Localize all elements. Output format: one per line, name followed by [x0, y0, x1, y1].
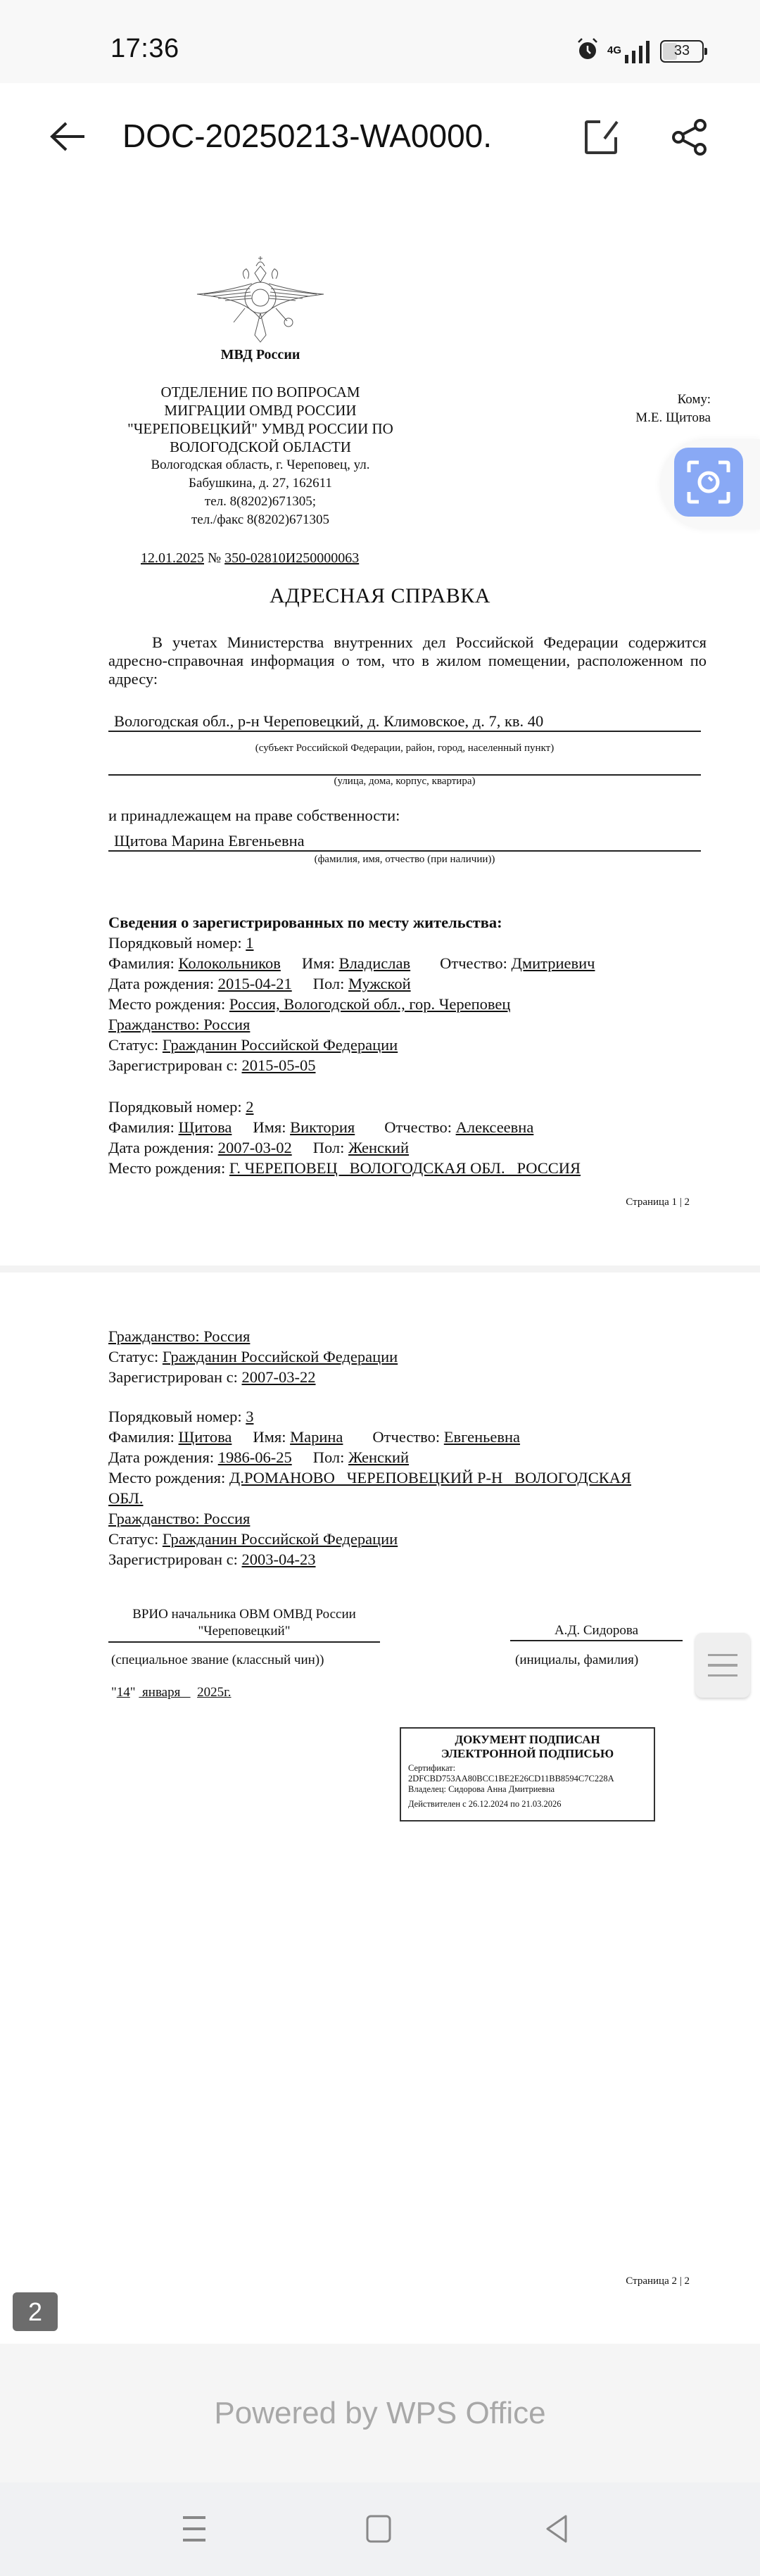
field-label: Фамилия:: [108, 954, 179, 972]
field-value: Женский: [348, 1139, 409, 1156]
recipient-block: Кому: М.Е. Щитова: [635, 391, 711, 427]
field-value: Марина: [290, 1428, 343, 1446]
field-label: Зарегистрирован с:: [108, 1056, 242, 1074]
document-title: DOC-20250213-WA0000.: [122, 117, 492, 155]
field-value: 3: [246, 1408, 253, 1425]
alarm-icon: [576, 37, 599, 65]
field-label: Дата рождения:: [108, 975, 218, 992]
field-label: Статус:: [108, 1530, 163, 1548]
system-nav-bar: [0, 2482, 760, 2576]
field-value: Щитова: [179, 1428, 232, 1446]
field-label: Место рождения:: [108, 1159, 229, 1177]
record-line: Дата рождения: 2015-04-21Пол: Мужской: [108, 973, 714, 994]
resident-record-2: Порядковый номер: 2 Фамилия: ЩитоваИмя: …: [108, 1097, 714, 1178]
home-icon: [365, 2514, 393, 2544]
record-line: Гражданство: Россия: [108, 1508, 714, 1529]
field-value: 2007-03-22: [242, 1368, 316, 1386]
field-label: Пол:: [313, 975, 348, 992]
back-triangle-icon: [543, 2514, 571, 2544]
screenshot-button[interactable]: [660, 439, 760, 529]
record-line: Зарегистрирован с: 2015-05-05: [108, 1055, 714, 1075]
field-value: 2025г.: [197, 1685, 231, 1700]
reference-line: 12.01.2025 № 350-02810И250000063: [141, 550, 359, 567]
org-short-name: МВД России: [120, 347, 401, 363]
signer-name: А.Д. Сидорова: [510, 1623, 683, 1641]
record-line: Статус: Гражданин Российской Федерации: [108, 1035, 714, 1055]
field-label: Отчество:: [440, 954, 511, 972]
record-line: Место рождения: Г. ЧЕРЕПОВЕЦ ВОЛОГОДСКАЯ…: [108, 1158, 714, 1178]
resident-record-3: Порядковый номер: 3 Фамилия: ЩитоваИмя: …: [108, 1406, 714, 1570]
record-line: Дата рождения: 2007-03-02Пол: Женский: [108, 1137, 714, 1158]
field-value: ОБЛ.: [108, 1489, 144, 1507]
arrow-left-icon: [48, 119, 87, 154]
home-button[interactable]: [357, 2508, 400, 2550]
ref-number: 350-02810И250000063: [224, 550, 359, 566]
page-number-2: Страница 2 | 2: [626, 2275, 690, 2287]
record-line: Место рождения: Россия, Вологодской обл.…: [108, 994, 714, 1014]
field-label: Порядковый номер:: [108, 934, 246, 952]
field-value: 14: [117, 1685, 130, 1700]
signer-position: ВРИО начальника ОВМ ОМВД России "Черепов…: [108, 1606, 380, 1643]
share-button[interactable]: [665, 113, 714, 162]
record-line: Дата рождения: 1986-06-25Пол: Женский: [108, 1447, 714, 1467]
record-line: Зарегистрирован с: 2003-04-23: [108, 1549, 714, 1570]
record-line: Зарегистрирован с: 2007-03-22: [108, 1367, 714, 1387]
screenshot-icon: [686, 460, 731, 505]
field-value: Гражданство: Россия: [108, 1016, 250, 1033]
document-page-2: Гражданство: Россия Статус: Гражданин Ро…: [0, 1273, 760, 2344]
back-button[interactable]: [42, 111, 93, 162]
edit-icon: [583, 119, 620, 156]
record-line: Статус: Гражданин Российской Федерации: [108, 1529, 714, 1549]
field-label: Статус:: [108, 1348, 163, 1365]
field-value: Щитова: [179, 1118, 232, 1136]
ownership-label: и принадлежащем на праве собственности:: [108, 807, 400, 825]
intro-paragraph: В учетах Министерства внутренних дел Рос…: [108, 633, 707, 688]
owner-caption: (фамилия, имя, отчество (при наличии)): [108, 854, 701, 866]
field-label: Порядковый номер:: [108, 1098, 246, 1116]
recents-button[interactable]: [173, 2508, 215, 2550]
field-label: Отчество:: [384, 1118, 455, 1136]
field-label: Имя:: [253, 1428, 290, 1446]
field-label: Отчество:: [372, 1428, 443, 1446]
record-line: Порядковый номер: 1: [108, 933, 714, 953]
field-label: Фамилия:: [108, 1428, 179, 1446]
field-value: Г. ЧЕРЕПОВЕЦ ВОЛОГОДСКАЯ ОБЛ. РОССИЯ: [229, 1159, 581, 1177]
field-value: Женский: [348, 1448, 409, 1466]
field-value: 2015-05-05: [242, 1056, 316, 1074]
menu-button[interactable]: [695, 1633, 750, 1698]
record-line: Гражданство: Россия: [108, 1014, 714, 1035]
record-line: Порядковый номер: 2: [108, 1097, 714, 1117]
field-label: Фамилия:: [108, 1118, 179, 1136]
field-value: Гражданин Российской Федерации: [163, 1348, 398, 1365]
record-line: Порядковый номер: 3: [108, 1406, 714, 1427]
record-line: ОБЛ.: [108, 1488, 714, 1508]
signal-icon: 4G: [607, 39, 652, 63]
field-label: Зарегистрирован с:: [108, 1551, 242, 1568]
field-value: 2003-04-23: [242, 1551, 316, 1568]
field-label: Место рождения:: [108, 995, 229, 1013]
field-value: 2007-03-02: [218, 1139, 292, 1156]
record-line: Фамилия: ЩитоваИмя: МаринаОтчество: Евге…: [108, 1427, 714, 1447]
page-number-1: Страница 1 | 2: [626, 1197, 690, 1208]
signer-position-caption: (специальное звание (классный чин)): [111, 1653, 324, 1668]
menu-icon: [708, 1654, 737, 1657]
ref-date: 12.01.2025: [141, 550, 204, 566]
certificate-id: 2DFCBD753AA80BCC1BE2E26CD11BB8594C7C228A: [408, 1774, 647, 1784]
status-icons: 4G 33: [576, 37, 704, 65]
field-label: Зарегистрирован с:: [108, 1368, 242, 1386]
street-field: [108, 756, 701, 776]
field-label: Пол:: [313, 1448, 348, 1466]
edit-button[interactable]: [577, 113, 626, 162]
back-nav-button[interactable]: [536, 2508, 578, 2550]
status-time: 17:36: [110, 34, 179, 64]
current-page-badge: 2: [13, 2292, 58, 2331]
electronic-signature-stamp: ДОКУМЕНТ ПОДПИСАН ЭЛЕКТРОННОЙ ПОДПИСЬЮ С…: [400, 1727, 655, 1821]
residents-section-title: Сведения о зарегистрированных по месту ж…: [108, 914, 502, 932]
record-line: Гражданство: Россия: [108, 1326, 714, 1346]
signer-name-caption: (инициалы, фамилия): [515, 1653, 638, 1668]
field-value: Гражданство: Россия: [108, 1327, 250, 1345]
battery-icon: 33: [660, 40, 704, 63]
document-page-1: МВД России ОТДЕЛЕНИЕ ПО ВОПРОСАМ МИГРАЦИ…: [0, 189, 760, 1265]
record-line: Место рождения: Д.РОМАНОВО ЧЕРЕПОВЕЦКИЙ …: [108, 1467, 714, 1488]
document-heading: АДРЕСНАЯ СПРАВКА: [0, 584, 760, 608]
owner-field: Щитова Марина Евгеньевна: [108, 832, 701, 852]
department-name: ОТДЕЛЕНИЕ ПО ВОПРОСАМ МИГРАЦИИ ОМВД РОСС…: [120, 383, 401, 456]
field-value: 1986-06-25: [218, 1448, 292, 1466]
field-value: Евгеньевна: [444, 1428, 520, 1446]
field-label: Дата рождения:: [108, 1448, 218, 1466]
record-line: Фамилия: ЩитоваИмя: ВикторияОтчество: Ал…: [108, 1117, 714, 1137]
field-value: 1: [246, 934, 253, 952]
field-value: Гражданин Российской Федерации: [163, 1530, 398, 1548]
signature-date: "14" января 2025г.: [111, 1685, 232, 1700]
field-value: Д.РОМАНОВО ЧЕРЕПОВЕЦКИЙ Р-Н ВОЛОГОДСКАЯ: [229, 1469, 631, 1486]
powered-by-footer: Powered by WPS Office: [0, 2344, 760, 2482]
field-label: Имя:: [302, 954, 339, 972]
field-value: января: [139, 1685, 190, 1700]
resident-record-2-continued: Гражданство: Россия Статус: Гражданин Ро…: [108, 1326, 714, 1387]
field-value: Дмитриевич: [511, 954, 595, 972]
field-value: Гражданство: Россия: [108, 1510, 250, 1527]
field-value: Россия, Вологодской обл., гор. Череповец: [229, 995, 511, 1013]
street-caption: (улица, дома, корпус, квартира): [108, 776, 701, 788]
field-label: Пол:: [313, 1139, 348, 1156]
status-bar: 17:36 4G 33: [0, 0, 760, 83]
address-caption: (субъект Российской Федерации, район, го…: [108, 743, 701, 755]
page-separator: [0, 1265, 760, 1273]
resident-record-1: Порядковый номер: 1 Фамилия: Колокольник…: [108, 933, 714, 1075]
field-label: Имя:: [253, 1118, 290, 1136]
record-line: Фамилия: КолокольниковИмя: ВладиславОтче…: [108, 953, 714, 973]
field-label: Место рождения:: [108, 1469, 229, 1486]
field-value: Мужской: [348, 975, 411, 992]
address-field: Вологодская обл., р-н Череповецкий, д. К…: [108, 712, 701, 732]
field-value: Алексеевна: [456, 1118, 534, 1136]
field-label: Статус:: [108, 1036, 163, 1054]
share-icon: [671, 118, 709, 156]
field-value: Владислав: [339, 954, 411, 972]
app-bar: DOC-20250213-WA0000.: [0, 83, 760, 189]
field-value: Колокольников: [179, 954, 281, 972]
recents-icon: [180, 2515, 208, 2543]
field-label: [191, 1685, 198, 1700]
field-label: Порядковый номер:: [108, 1408, 246, 1425]
record-line: Статус: Гражданин Российской Федерации: [108, 1346, 714, 1367]
field-value: Гражданин Российской Федерации: [163, 1036, 398, 1054]
field-label: ": [130, 1685, 139, 1700]
mvd-emblem-icon: [190, 252, 331, 343]
field-value: 2015-04-21: [218, 975, 292, 992]
department-address: Вологодская область, г. Череповец, ул. Б…: [120, 456, 401, 529]
field-label: Дата рождения:: [108, 1139, 218, 1156]
field-label: ": [111, 1685, 117, 1700]
field-value: 2: [246, 1098, 253, 1116]
field-value: Виктория: [290, 1118, 355, 1136]
